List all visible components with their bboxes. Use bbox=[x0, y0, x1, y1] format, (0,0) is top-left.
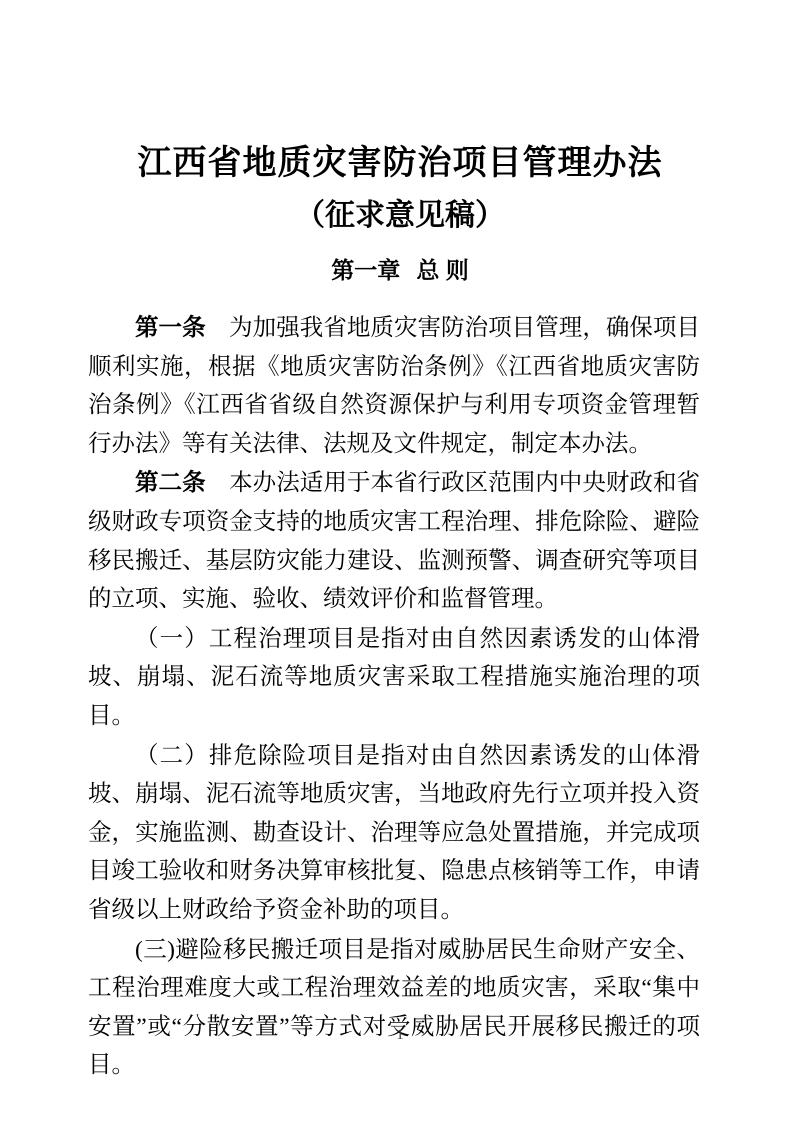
chapter-number: 第一章 bbox=[331, 257, 400, 283]
chapter-title: 总 则 bbox=[416, 257, 468, 283]
article-2-item-1-text: （一）工程治理项目是指对由自然因素诱发的山体滑坡、崩塌、泥石流等地质灾害采取工程… bbox=[88, 626, 700, 729]
article-2-item-1-paragraph: （一）工程治理项目是指对由自然因素诱发的山体滑坡、崩塌、泥石流等地质灾害采取工程… bbox=[88, 619, 700, 736]
document-body: 第一条为加强我省地质灾害防治项目管理，确保项目顺利实施，根据《地质灾害防治条例》… bbox=[88, 308, 700, 1085]
article-2-number: 第二条 bbox=[135, 469, 206, 495]
document-subtitle: （征求意见稿） bbox=[0, 198, 800, 234]
article-2-item-3-paragraph: (三)避险移民搬迁项目是指对威胁居民生命财产安全、工程治理难度大或工程治理效益差… bbox=[88, 930, 700, 1085]
article-1-number: 第一条 bbox=[135, 314, 206, 340]
article-2-item-2-text: （二）排危除险项目是指对由自然因素诱发的山体滑坡、崩塌、泥石流等地质灾害，当地政… bbox=[88, 743, 700, 923]
article-1-paragraph: 第一条为加强我省地质灾害防治项目管理，确保项目顺利实施，根据《地质灾害防治条例》… bbox=[88, 308, 700, 463]
document-page: 江西省地质灾害防治项目管理办法 （征求意见稿） 第一章总 则 第一条为加强我省地… bbox=[0, 0, 800, 1132]
article-2-paragraph: 第二条本办法适用于本省行政区范围内中央财政和省级财政专项资金支持的地质灾害工程治… bbox=[88, 463, 700, 618]
chapter-heading: 第一章总 则 bbox=[0, 256, 800, 284]
page-number: 1 bbox=[0, 1026, 800, 1044]
document-title: 江西省地质灾害防治项目管理办法 bbox=[0, 0, 800, 184]
article-2-item-2-paragraph: （二）排危除险项目是指对由自然因素诱发的山体滑坡、崩塌、泥石流等地质灾害，当地政… bbox=[88, 736, 700, 930]
article-2-item-3-text: (三)避险移民搬迁项目是指对威胁居民生命财产安全、工程治理难度大或工程治理效益差… bbox=[88, 937, 700, 1079]
